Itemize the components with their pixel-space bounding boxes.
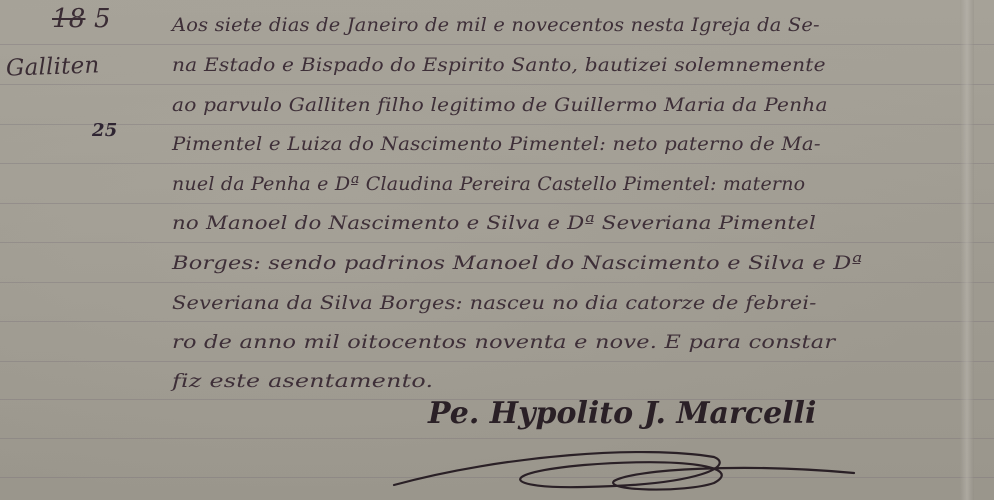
ruled-line xyxy=(0,282,994,283)
record-line-4: Pimentel e Luiza do Nascimento Pimentel:… xyxy=(172,133,821,155)
ruled-line xyxy=(0,242,994,243)
record-line-2: na Estado e Bispado do Espirito Santo, b… xyxy=(172,54,826,76)
record-line-8: Severiana da Silva Borges: nasceu no dia… xyxy=(172,292,817,314)
ruled-line xyxy=(0,84,994,85)
record-line-9: ro de anno mil oitocentos noventa e nove… xyxy=(172,331,835,353)
ruled-line xyxy=(0,203,994,204)
margin-child-name: Galliten xyxy=(6,52,100,81)
record-line-6: no Manoel do Nascimento e Silva e Dª Sev… xyxy=(172,212,816,234)
ruled-line xyxy=(0,321,994,322)
record-line-7: Borges: sendo padrinos Manoel do Nascime… xyxy=(172,252,862,274)
ruled-line xyxy=(0,438,994,439)
record-line-1: Aos siete dias de Janeiro de mil e novec… xyxy=(172,14,820,36)
entry-number: 18 5 xyxy=(52,4,111,34)
entry-number-struck: 18 xyxy=(52,4,85,34)
ruled-line xyxy=(0,44,994,45)
record-line-5: nuel da Penha e Dª Claudina Pereira Cast… xyxy=(172,173,805,195)
ruled-line xyxy=(0,163,994,164)
entry-number-value: 5 xyxy=(94,4,111,34)
ruled-line xyxy=(0,361,994,362)
priest-signature: Pe. Hypolito J. Marcelli xyxy=(428,396,816,431)
signature-flourish-icon xyxy=(384,445,864,495)
record-line-10: fiz este asentamento. xyxy=(172,370,433,392)
ruled-line xyxy=(0,124,994,125)
page-fold xyxy=(960,0,974,500)
margin-day-note: 25 xyxy=(92,120,117,141)
record-line-3: ao parvulo Galliten filho legitimo de Gu… xyxy=(172,94,828,116)
